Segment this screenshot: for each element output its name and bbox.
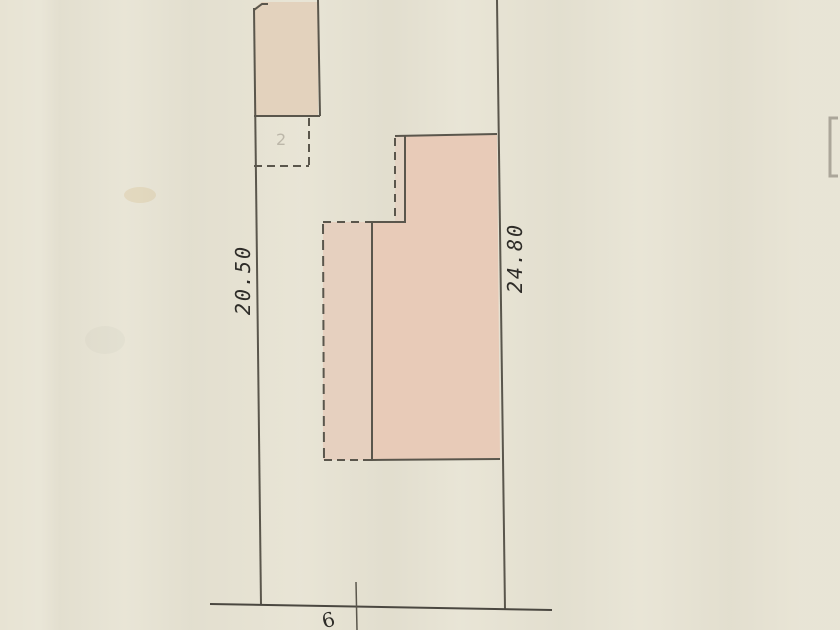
dimension-label-right: 24.80 (503, 210, 527, 306)
annex-label: 2 (276, 130, 286, 149)
paper-stain (124, 187, 156, 203)
rear-building (254, 0, 320, 116)
paper-stain (85, 326, 125, 354)
site-plan-drawing (0, 0, 840, 630)
main-building (323, 134, 500, 460)
drawing-sheet: 20.50 24.80 2 6 (0, 0, 840, 630)
margin-bracket-mark (830, 118, 838, 176)
dimension-label-left: 20.50 (231, 235, 255, 325)
